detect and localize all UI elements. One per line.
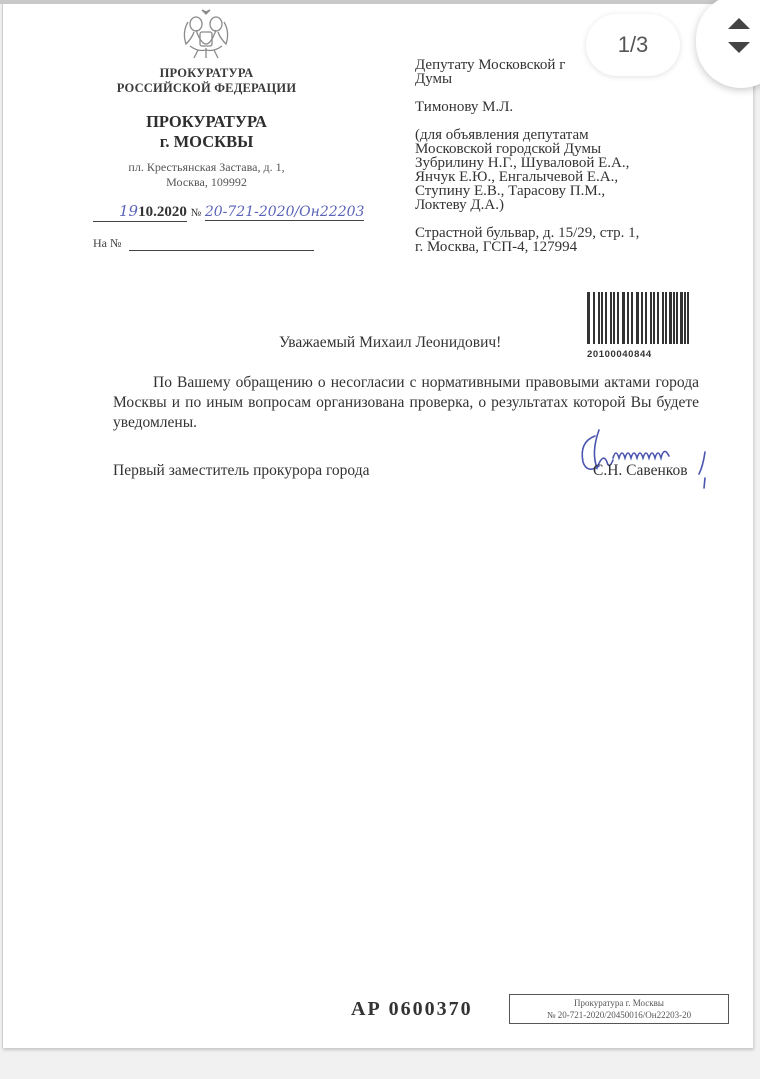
reference-number: 20-721-2020/Он22203 bbox=[205, 204, 365, 221]
office-line2: г. МОСКВЫ bbox=[99, 132, 314, 152]
signer-name: С.Н. Савенков bbox=[593, 462, 688, 480]
recipient-block: Депутату Московской г Думы Тимонову М.Л.… bbox=[415, 58, 705, 268]
signer-title: Первый заместитель прокурора города bbox=[113, 462, 369, 480]
date-day: 19 bbox=[119, 202, 138, 220]
org-line1: ПРОКУРАТУРА bbox=[99, 66, 314, 81]
office-line1: ПРОКУРАТУРА bbox=[99, 112, 314, 132]
russian-coat-of-arms-icon bbox=[178, 8, 234, 62]
salutation: Уважаемый Михаил Леонидович! bbox=[279, 334, 501, 352]
form-number: АР 0600370 bbox=[351, 998, 473, 1021]
sender-address-line2: Москва, 109992 bbox=[99, 175, 314, 190]
cc-line: Локтеву Д.А.) bbox=[415, 197, 504, 213]
date-month-year: 10.2020 bbox=[138, 204, 187, 220]
in-reply-line: На № bbox=[93, 236, 314, 251]
sender-address-line1: пл. Крестьянская Застава, д. 1, bbox=[99, 160, 314, 175]
stamp-line1: Прокуратура г. Москвы bbox=[510, 997, 728, 1009]
triangle-down-icon[interactable] bbox=[728, 42, 750, 53]
recipient-address-line2: г. Москва, ГСП-4, 127994 bbox=[415, 239, 577, 255]
number-sign: № bbox=[191, 207, 202, 219]
sender-address: пл. Крестьянская Застава, д. 1, Москва, … bbox=[99, 160, 314, 190]
barcode-icon bbox=[585, 292, 691, 344]
recipient-address: Страстной бульвар, д. 15/29, стр. 1, г. … bbox=[415, 226, 705, 254]
recipient-line2: Думы bbox=[415, 71, 452, 87]
recipient-name: Тимонову М.Л. bbox=[415, 100, 705, 114]
barcode-number: 20100040844 bbox=[587, 349, 652, 360]
date-reference-line: 1910.2020 № 20-721-2020/Он22203 bbox=[93, 202, 364, 222]
triangle-up-icon[interactable] bbox=[728, 18, 750, 29]
registration-stamp: Прокуратура г. Москвы № 20-721-2020/2045… bbox=[509, 994, 729, 1024]
stamp-line2: № 20-721-2020/20450016/Он22203-20 bbox=[510, 1009, 728, 1021]
in-reply-label: На № bbox=[93, 236, 121, 250]
org-name-federal: ПРОКУРАТУРА РОССИЙСКОЙ ФЕДЕРАЦИИ bbox=[99, 66, 314, 96]
recipient-cc: (для объявления депутатам Московской гор… bbox=[415, 128, 705, 212]
in-reply-blank bbox=[129, 240, 314, 251]
org-line2: РОССИЙСКОЙ ФЕДЕРАЦИИ bbox=[99, 81, 314, 96]
org-name-moscow: ПРОКУРАТУРА г. МОСКВЫ bbox=[99, 112, 314, 152]
page-indicator: 1/3 bbox=[586, 14, 680, 76]
document-page: ПРОКУРАТУРА РОССИЙСКОЙ ФЕДЕРАЦИИ ПРОКУРА… bbox=[2, 4, 753, 1048]
